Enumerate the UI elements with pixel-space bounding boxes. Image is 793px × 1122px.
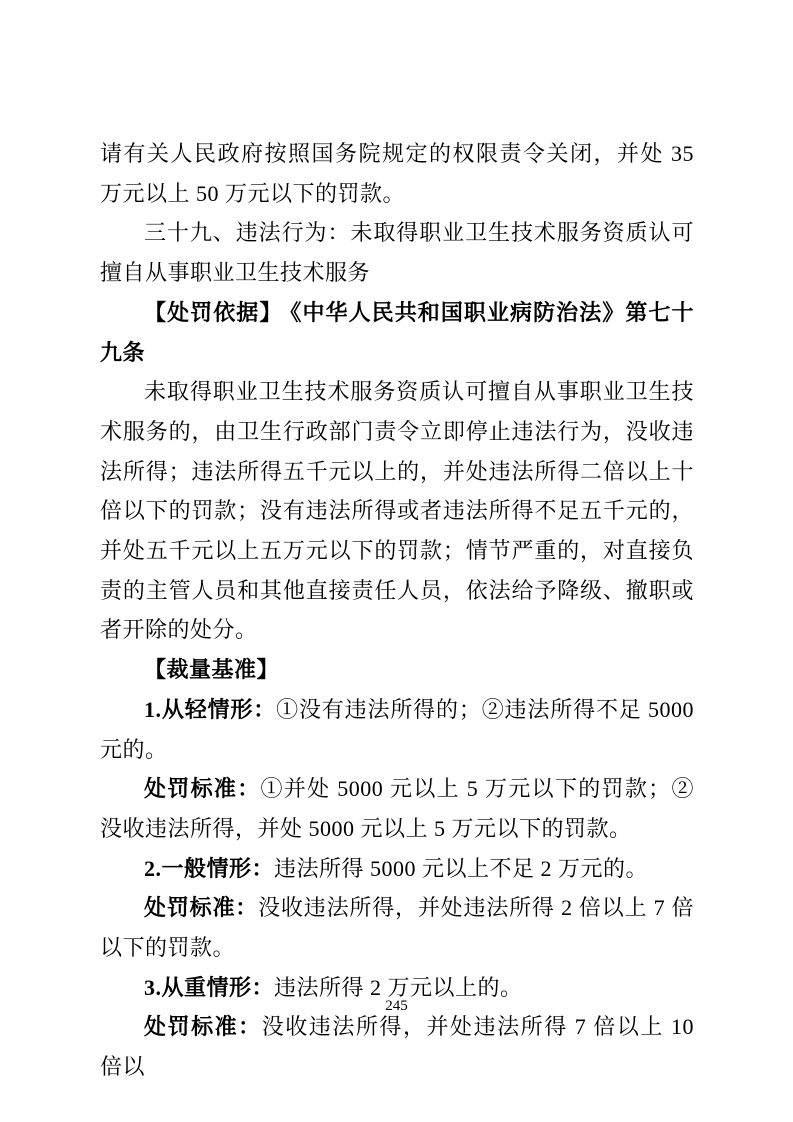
paragraph-text: 违法所得 2 万元以上的。 [274,975,523,1000]
paragraph-text: 请有关人民政府按照国务院规定的权限责令关闭，并处 35 万元以上 50 万元以下… [100,141,694,206]
penalty-basis-bracket-label: 【处罚依据】 [144,300,282,325]
page-footer: 245 [0,998,793,1015]
penalty-standard-aggravating: 处罚标准：没收违法所得，并处违法所得 7 倍以上 10 倍以 [100,1007,694,1086]
document-body: 请有关人民政府按照国务院规定的权限责令关闭，并处 35 万元以上 50 万元以下… [100,134,694,1087]
paragraph-label: 1.从轻情形： [144,697,276,722]
discretion-benchmark-heading: 【裁量基准】 [100,650,694,690]
penalty-standard-general: 处罚标准：没收违法所得，并处违法所得 2 倍以上 7 倍以下的罚款。 [100,888,694,967]
paragraph-label: 3.从重情形： [144,975,274,1000]
paragraph-label: 2.一般情形： [144,856,274,881]
discretion-benchmark-bracket-label: 【裁量基准】 [144,657,279,682]
document-page: 请有关人民政府按照国务院规定的权限责令关闭，并处 35 万元以上 50 万元以下… [0,0,793,1122]
penalty-standard-mitigating: 处罚标准：①并处 5000 元以上 5 万元以下的罚款；②没收违法所得，并处 5… [100,769,694,848]
penalty-basis-heading: 【处罚依据】《中华人民共和国职业病防治法》第七十九条 [100,293,694,372]
page-number: 245 [385,998,408,1014]
paragraph-label: 处罚标准： [144,895,258,920]
paragraph-label: 处罚标准： [144,776,261,801]
mitigating-circumstance-item: 1.从轻情形：①没有违法所得的；②违法所得不足 5000 元的。 [100,690,694,769]
paragraph-text: 未取得职业卫生技术服务资质认可擅自从事职业卫生技术服务的，由卫生行政部门责令立即… [100,379,694,642]
paragraph-text: 三十九、违法行为：未取得职业卫生技术服务资质认可擅自从事职业卫生技术服务 [100,220,694,285]
paragraph-label: 处罚标准： [144,1014,262,1039]
paragraph-continuation: 请有关人民政府按照国务院规定的权限责令关闭，并处 35 万元以上 50 万元以下… [100,134,694,213]
general-circumstance-item: 2.一般情形：违法所得 5000 元以上不足 2 万元的。 [100,849,694,889]
violation-39-heading: 三十九、违法行为：未取得职业卫生技术服务资质认可擅自从事职业卫生技术服务 [100,213,694,292]
statute-text-paragraph: 未取得职业卫生技术服务资质认可擅自从事职业卫生技术服务的，由卫生行政部门责令立即… [100,372,694,650]
paragraph-text: 违法所得 5000 元以上不足 2 万元的。 [274,856,648,881]
